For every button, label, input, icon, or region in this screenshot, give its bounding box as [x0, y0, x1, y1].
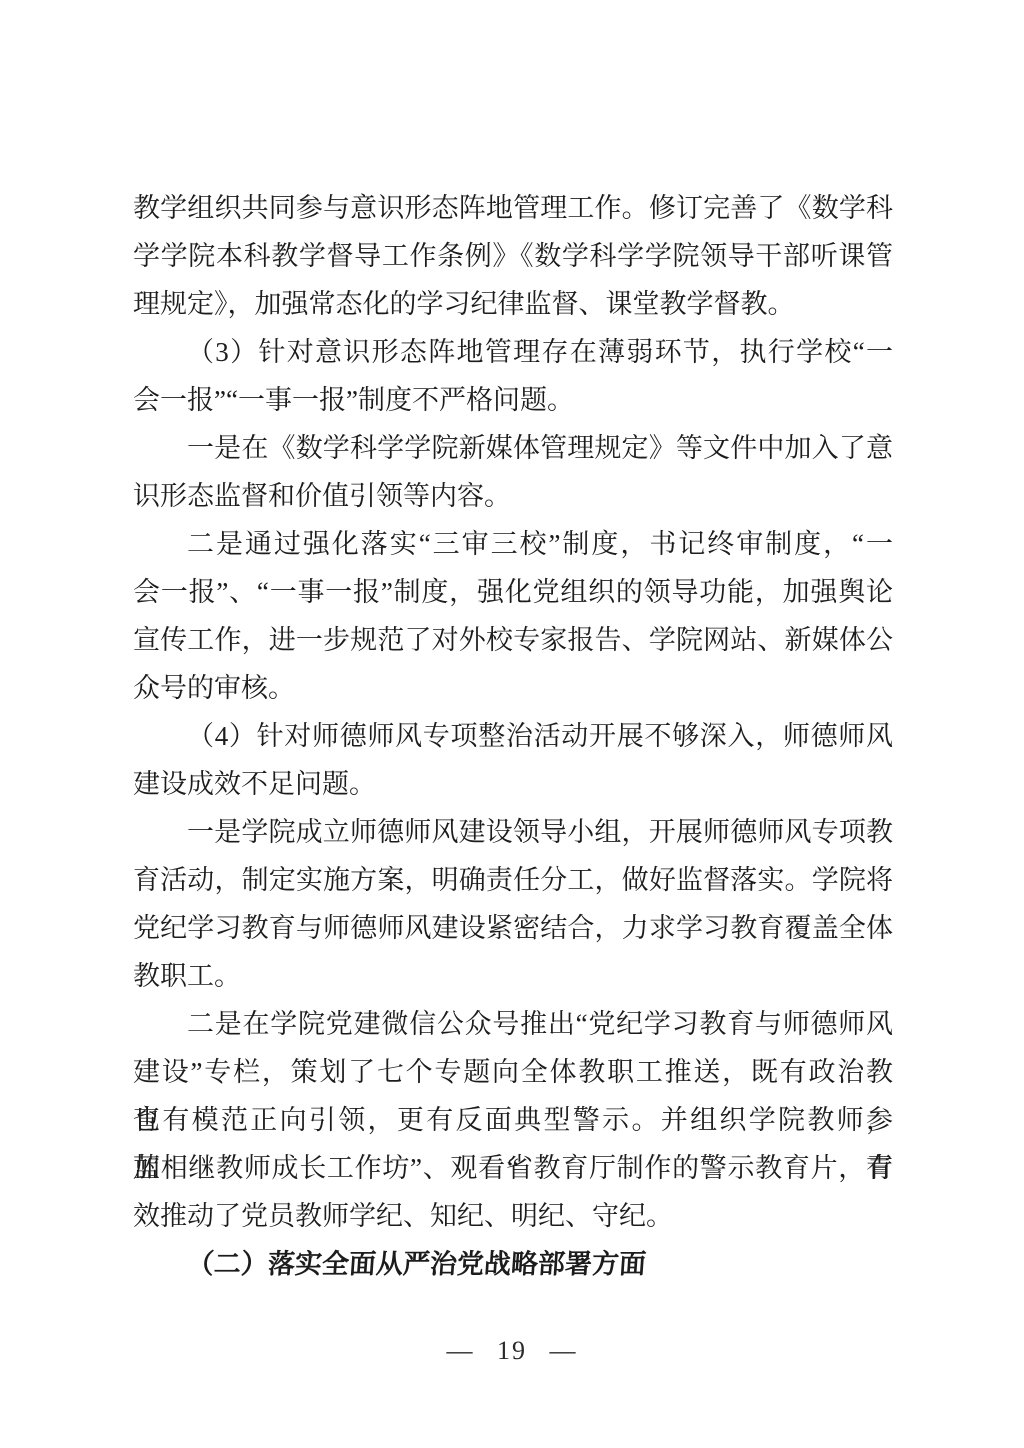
text-line: 育活动，制定实施方案，明确责任分工，做好监督落实。学院将 [133, 856, 893, 904]
text-line: （4）针对师德师风专项整治活动开展不够深入，师德师风 [133, 712, 893, 760]
text-line: 二是在学院党建微信公众号推出“党纪学习教育与师德师风 [133, 1000, 893, 1048]
text-line: 众号的审核。 [133, 664, 893, 712]
text-line: （3）针对意识形态阵地管理存在薄弱环节，执行学校“一 [133, 328, 893, 376]
text-line: 宣传工作，进一步规范了对外校专家报告、学院网站、新媒体公 [133, 616, 893, 664]
text-line: 党纪学习教育与师德师风建设紧密结合，力求学习教育覆盖全体 [133, 904, 893, 952]
text-line: 蓝相继教师成长工作坊”、观看省教育厅制作的警示教育片，有 [133, 1144, 893, 1192]
text-line: 教职工。 [133, 952, 893, 1000]
text-line: 教学组织共同参与意识形态阵地管理工作。修订完善了《数学科 [133, 184, 893, 232]
text-line: 识形态监督和价值引领等内容。 [133, 472, 893, 520]
text-line: 建设成效不足问题。 [133, 760, 893, 808]
text-line: 理规定》，加强常态化的学习纪律监督、课堂教学督教。 [133, 280, 893, 328]
text-line: 会一报”“一事一报”制度不严格问题。 [133, 376, 893, 424]
text-line: 会一报”、“一事一报”制度，强化党组织的领导功能，加强舆论 [133, 568, 893, 616]
text-line: 一是在《数学科学学院新媒体管理规定》等文件中加入了意 [133, 424, 893, 472]
text-line: 学学院本科教学督导工作条例》《数学科学学院领导干部听课管 [133, 232, 893, 280]
document-page: 教学组织共同参与意识形态阵地管理工作。修订完善了《数学科学学院本科教学督导工作条… [0, 0, 1024, 1448]
text-line: 也有模范正向引领，更有反面典型警示。并组织学院教师参加“青 [133, 1096, 893, 1144]
document-body: 教学组织共同参与意识形态阵地管理工作。修订完善了《数学科学学院本科教学督导工作条… [133, 184, 893, 1288]
text-line: 二是通过强化落实“三审三校”制度，书记终审制度，“一 [133, 520, 893, 568]
text-line: 建设”专栏，策划了七个专题向全体教职工推送，既有政治教育， [133, 1048, 893, 1096]
text-line: 一是学院成立师德师风建设领导小组，开展师德师风专项教 [133, 808, 893, 856]
section-heading-line: （二）落实全面从严治党战略部署方面 [131, 1240, 894, 1288]
page-number: — 19 — [0, 1336, 1024, 1366]
text-line: 效推动了党员教师学纪、知纪、明纪、守纪。 [133, 1192, 893, 1240]
